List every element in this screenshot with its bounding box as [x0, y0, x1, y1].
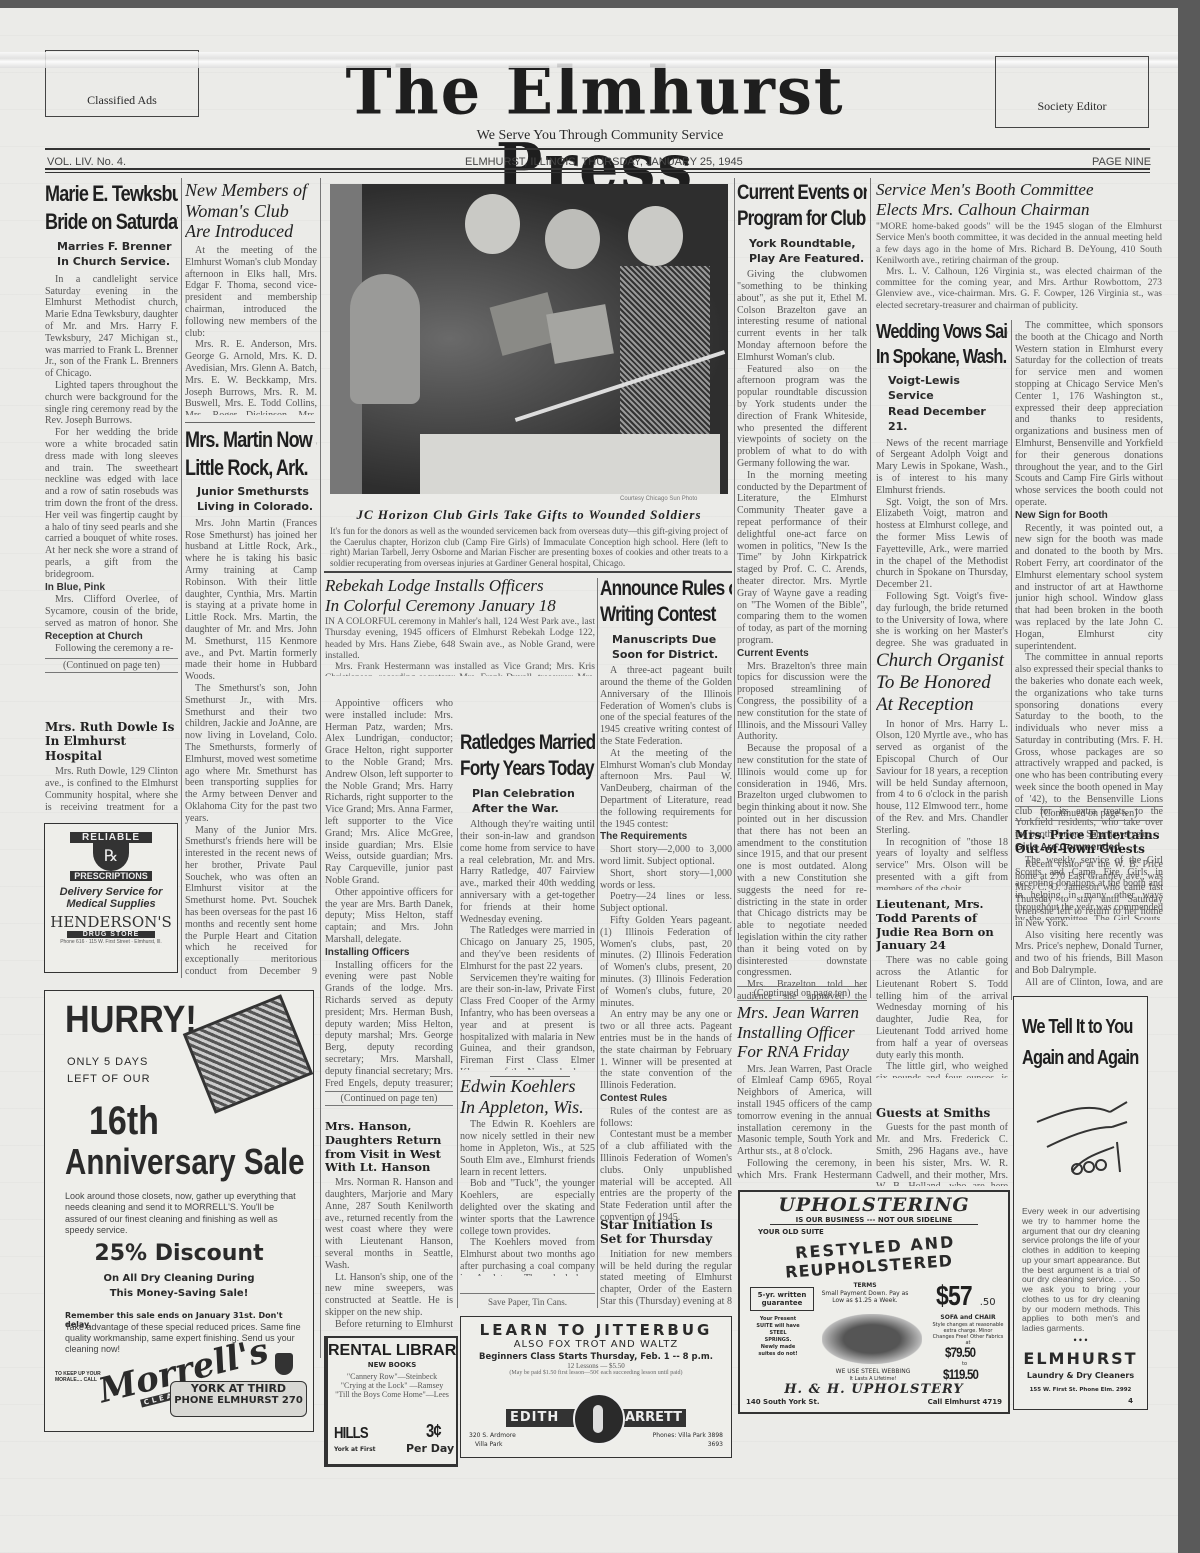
- book-title: "Cannery Row"—Steinbeck: [328, 1372, 456, 1381]
- price-cents: .50: [980, 1297, 996, 1308]
- paragraph: A three-act pageant built around the the…: [600, 665, 732, 748]
- subhead: Current Events: [737, 648, 867, 660]
- photo-caption: It's fun for the donors as well as the w…: [330, 526, 728, 568]
- paragraph: For her wedding the bride wore a white b…: [45, 427, 178, 580]
- ad-discount: 25% Discount: [45, 1241, 313, 1266]
- deck: Manuscripts Due: [612, 632, 732, 647]
- masthead-rule-bottom: [45, 168, 1150, 170]
- ad-terms: Small Payment Down. Pay as Low as $1.25 …: [820, 1290, 910, 1304]
- continued-link[interactable]: (Continued on page ten): [325, 1091, 453, 1106]
- ad-price: $119.50: [943, 1366, 978, 1384]
- rx-icon: ℞: [93, 843, 129, 871]
- ad-store-name: HENDERSON'S: [45, 913, 177, 931]
- paragraph: Mrs. John Martin (Frances Rose Smethurst…: [185, 518, 317, 683]
- ad-headline: We Tell It to You: [1022, 1015, 1125, 1040]
- photo-figure-soldier: [350, 274, 420, 404]
- column-rule: [870, 178, 871, 998]
- article-rebekah: Rebekah Lodge Installs Officers In Color…: [325, 576, 595, 676]
- headline: New Members of: [185, 180, 317, 201]
- paragraph: Servicemen they're waiting for are their…: [460, 973, 595, 1070]
- ad-address: 320 S. Ardmore: [469, 1432, 516, 1439]
- paragraph: Mrs. Brazelton's three main topics for d…: [737, 661, 867, 744]
- paragraph: Sgt. Voigt, the son of Mrs. Elizabeth Vo…: [876, 497, 1008, 591]
- deck: Soon for District.: [612, 647, 732, 662]
- column-rule: [597, 578, 598, 1308]
- paragraph: Lighted tapers throughout the church wer…: [45, 380, 178, 427]
- ad-morrells: HURRY! ONLY 5 DAYS LEFT OF OUR 16th Anni…: [44, 990, 314, 1432]
- article-writing-contest: Announce Rules of Writing Contest Manusc…: [600, 576, 732, 1226]
- article-rebekah-cont: Appointive officers who were installed i…: [325, 698, 453, 1088]
- headline: Installing Officer: [737, 1023, 872, 1043]
- left-ear-label: Classified Ads: [46, 93, 198, 108]
- ad-store: HILLS: [334, 1424, 368, 1444]
- paragraph: Mrs. Ruth Dowle, 129 Clinton ave., is co…: [45, 766, 178, 810]
- headline: Guests at Smiths: [876, 1106, 1008, 1120]
- headline: Mrs. Martin Now at: [185, 426, 293, 454]
- paragraph: Mrs. L. V. Calhoun, 126 Virginia st., wa…: [876, 267, 1162, 312]
- headline: Woman's Club: [185, 201, 317, 222]
- ad-sub: NEW BOOKS: [328, 1361, 456, 1369]
- ad-phone: Call Elmhurst 4719: [928, 1398, 1002, 1406]
- headline: In Elmhurst Hospital: [45, 734, 178, 763]
- article-price: Mrs. Price Entertains Out-of-Town Guests…: [1015, 828, 1163, 988]
- column-rule: [734, 178, 735, 998]
- ad-phone: Phones: Villa Park 3898: [653, 1432, 723, 1439]
- photo-figure-woman: [545, 209, 600, 269]
- ad-tagline: IS OUR BUSINESS --- NOT OUR SIDELINE: [770, 1216, 978, 1225]
- headline: Forty Years Today: [460, 756, 571, 782]
- subhead: The Requirements: [600, 831, 732, 843]
- continued-link[interactable]: (Continued on page ten): [45, 658, 178, 673]
- ad-style-notes: Style changes at reasonable extra charge…: [932, 1322, 1004, 1346]
- article-koehlers: Edwin Koehlers In Appleton, Wis. The Edw…: [460, 1076, 595, 1276]
- page-number: PAGE NINE: [1092, 156, 1151, 168]
- paragraph: The Edwin R. Koehlers are now nicely set…: [460, 1119, 595, 1178]
- headline: At Reception: [876, 694, 1008, 716]
- headline: Church Organist: [876, 650, 1008, 672]
- sofa-illustration: [822, 1314, 922, 1364]
- ad-badge-bottom: PRESCRIPTIONS: [70, 871, 152, 881]
- headline: Lieutenant, Mrs. Todd Parents of Judie R…: [876, 898, 1008, 953]
- ad-body: Every week in our advertising we try to …: [1022, 1207, 1140, 1334]
- article-warren: Mrs. Jean Warren Installing Officer For …: [737, 1003, 872, 1183]
- deck: Voigt-Lewis Service: [888, 373, 1008, 404]
- ad-headline: HURRY!: [65, 999, 197, 1042]
- paragraph: In honor of Mrs. Harry L. Olson, 120 Myr…: [876, 719, 1008, 837]
- paragraph: There was no cable going across the Atla…: [876, 955, 1008, 1061]
- ad-text: LEFT OF OUR: [67, 1073, 151, 1085]
- article-ratledges: Ratledges Married Forty Years Today Plan…: [460, 730, 595, 1070]
- newspaper-page: Classified Ads The Elmhurst Press Societ…: [0, 8, 1178, 1553]
- article-martin: Mrs. Martin Now at Little Rock, Ark. Jun…: [185, 426, 317, 978]
- ad-badge-top: RELIABLE: [70, 832, 152, 843]
- ad-webbing: WE USE STEEL WEBBING: [808, 1368, 938, 1375]
- paragraph: IN A COLORFUL ceremony in Mahler's hall,…: [325, 617, 595, 662]
- headline: Little Rock, Ark.: [185, 454, 293, 482]
- headline: Star Initiation Is: [600, 1218, 732, 1232]
- article-current-events: Current Events on Program for Club York …: [737, 180, 867, 1000]
- ad-hendersons: RELIABLE ℞ PRESCRIPTIONS Delivery Servic…: [44, 823, 178, 973]
- paragraph: Following Sgt. Voigt's five-day furlough…: [876, 591, 1008, 650]
- paragraph: Appointive officers who were installed i…: [325, 698, 453, 887]
- ad-address: 140 South York St.: [746, 1398, 819, 1406]
- ad-per-day: Per Day: [406, 1442, 454, 1455]
- ad-name-left: EDITH: [510, 1410, 559, 1425]
- ad-elmhurst-laundry: We Tell It to You Again and Again Every …: [1013, 996, 1148, 1410]
- ad-address: 155 W. First St. Phone Elm. 2992: [1014, 1387, 1147, 1393]
- deck: York Roundtable,: [749, 236, 867, 251]
- column-rule: [457, 828, 458, 1308]
- paragraph: Following the ceremony, in which Mrs. Fr…: [737, 1158, 872, 1183]
- photo-figure-woman: [465, 194, 520, 254]
- article-service-booth: Service Men's Booth Committee Elects Mrs…: [876, 180, 1162, 320]
- ad-address: Villa Park: [475, 1441, 503, 1448]
- ad-name: ELMHURST: [1014, 1349, 1147, 1368]
- ad-title: RENTAL LIBRARY: [328, 1341, 456, 1361]
- right-ear-box: Society Editor: [995, 56, 1149, 128]
- headline: Edwin Koehlers: [460, 1076, 595, 1097]
- volume-number: VOL. LIV. No. 4.: [47, 156, 126, 168]
- paragraph: In recognition of "those 18 years of loy…: [876, 837, 1008, 891]
- headline: Bride on Saturday: [45, 208, 154, 236]
- masthead-rule-top: [45, 148, 1150, 150]
- paragraph: Poetry—24 lines or less. Subject optiona…: [600, 891, 732, 915]
- book-title: "Crying at the Lock" —Ramsey: [328, 1381, 456, 1390]
- article-tewksbury: Marie E. Tewksbury Bride on Saturday Mar…: [45, 180, 178, 630]
- ad-big-text: 16th: [89, 1099, 159, 1144]
- paragraph: Many of the Junior Mrs. Smethurst's frie…: [185, 825, 317, 979]
- paragraph: In a candlelight service Saturday evenin…: [45, 274, 178, 380]
- ad-address: YORK AT THIRD: [171, 1382, 306, 1395]
- ad-dots: • • •: [1014, 1335, 1147, 1345]
- paragraph: Mrs. Clifford Overlee, of Sycamore, cous…: [45, 594, 178, 630]
- ad-phone: PHONE ELMHURST 270: [171, 1395, 306, 1406]
- headline: Ratledges Married: [460, 730, 571, 756]
- headline: Writing Contest: [600, 602, 708, 628]
- ad-text: This Money-Saving Sale!: [45, 1288, 313, 1299]
- paragraph: At the meeting of the Elmhurst Woman's c…: [185, 245, 317, 339]
- photo-gift-box: [546, 304, 614, 364]
- dateline: ELMHURST, ILLINOIS, THURSDAY, JANUARY 25…: [465, 156, 743, 168]
- ad-text: ONLY 5 DAYS: [67, 1056, 148, 1068]
- headline: To Be Honored: [876, 672, 1008, 694]
- ad-class: Beginners Class Starts Thursday, Feb. 1 …: [461, 1352, 731, 1362]
- deck: In Church Service.: [57, 254, 178, 269]
- ad-illustration-closet: [183, 994, 313, 1113]
- headline: Service Men's Booth Committee: [876, 180, 1162, 200]
- ad-title: LEARN TO JITTERBUG: [461, 1321, 731, 1339]
- column-rule: [1011, 320, 1012, 1000]
- subhead: Contest Rules: [600, 1093, 732, 1105]
- subhead: In Blue, Pink: [45, 582, 178, 594]
- paragraph: Rules of the contest are as follows:: [600, 1106, 732, 1130]
- ad-title: UPHOLSTERING: [740, 1194, 1008, 1216]
- headline: In Colorful Ceremony January 18: [325, 596, 595, 616]
- headline: Elects Mrs. Calhoun Chairman: [876, 200, 1162, 220]
- paragraph: At the meeting of the Elmhurst Woman's c…: [600, 748, 732, 831]
- article-organist: Church Organist To Be Honored At Recepti…: [876, 650, 1008, 890]
- paragraph: The Koehlers moved from Elmhurst about t…: [460, 1237, 595, 1276]
- paragraph: Short, short story—1,000 words or less.: [600, 868, 732, 892]
- headline: Rebekah Lodge Installs Officers: [325, 576, 595, 596]
- ad-big-text: Anniversary Sale: [65, 1141, 305, 1183]
- paragraph: Featured also on the afternoon program w…: [737, 364, 867, 470]
- deck: Junior Smethursts: [197, 484, 317, 499]
- headline: Mrs. Hanson, Daughters Return from Visit…: [325, 1120, 453, 1175]
- shield-icon: [275, 1353, 293, 1375]
- paragraph: Before returning to Elmhurst Mrs. Hanson…: [325, 1319, 453, 1330]
- divider: [185, 422, 315, 423]
- paragraph: All are of Clinton, Iowa, and are now wo…: [1015, 977, 1163, 988]
- paragraph: In the morning meeting conducted by the …: [737, 470, 867, 647]
- ad-springs: Your Present SUITE will have STEEL SPRIN…: [756, 1316, 800, 1358]
- column-rule: [181, 178, 182, 978]
- paragraph: Giving the clubwomen "something to be th…: [737, 269, 867, 363]
- dancer-icon: [573, 1393, 625, 1445]
- paragraph: Installing officers for the evening were…: [325, 960, 453, 1088]
- news-photo: [330, 184, 728, 494]
- column-rule: [320, 178, 321, 1358]
- paragraph: Guests for the past month of Mr. and Mrs…: [876, 1122, 1008, 1186]
- paragraph: The Smethurst's son, John Smethurst Jr.,…: [185, 683, 317, 825]
- ad-address-box: YORK AT THIRD PHONE ELMHURST 270: [170, 1381, 307, 1417]
- deck: Play Are Featured.: [749, 251, 867, 266]
- headline: Current Events on: [737, 180, 844, 206]
- paragraph: Mrs. R. E. Anderson, Mrs. George G. Arno…: [185, 339, 317, 415]
- deck: Living in Colorado.: [197, 499, 317, 514]
- article-smiths: Guests at Smiths Guests for the past mon…: [876, 1106, 1008, 1186]
- photo-credit: Courtesy Chicago Sun Photo: [620, 496, 697, 502]
- continued-link[interactable]: (Continued on page ten): [1015, 806, 1163, 821]
- paragraph: An entry may be any one or two or all th…: [600, 1009, 732, 1092]
- ad-price: 3¢: [426, 1420, 441, 1443]
- paragraph: Also visiting here recently was Mrs. Pri…: [1015, 930, 1163, 977]
- ad-jitterbug: LEARN TO JITTERBUG ALSO FOX TROT AND WAL…: [460, 1316, 732, 1458]
- subhead: New Sign for Booth: [1015, 510, 1163, 522]
- paragraph: News of the recent marriage of Sergeant …: [876, 438, 1008, 497]
- article-dowle: Mrs. Ruth Dowle Is In Elmhurst Hospital …: [45, 720, 178, 810]
- deck: Marries F. Brenner: [57, 239, 178, 254]
- price-dollars: $57: [936, 1278, 972, 1313]
- deck: After the War.: [472, 801, 595, 816]
- ad-line: Medical Supplies: [45, 898, 177, 910]
- article-voigt: Wedding Vows Said In Spokane, Wash. Voig…: [876, 320, 1008, 650]
- deck: Plan Celebration: [472, 786, 595, 801]
- paragraph: Because the proposal of a new constituti…: [737, 743, 867, 979]
- headline: In Spokane, Wash.: [876, 345, 984, 370]
- headline: Out-of-Town Guests: [1015, 842, 1163, 856]
- headline: Set for Thursday: [600, 1232, 732, 1246]
- ad-sub: ALSO FOX TROT AND WALTZ: [461, 1339, 731, 1350]
- paragraph: The little girl, who weighed six pounds …: [876, 1061, 1008, 1078]
- paragraph: Mrs. Frank Hestermann was installed as V…: [325, 662, 595, 676]
- article-womans-club: New Members of Woman's Club Are Introduc…: [185, 180, 317, 415]
- ad-guarantee: 5-yr. written guarantee: [750, 1287, 814, 1311]
- subhead: Reception at Church: [45, 631, 178, 642]
- article-star: Star Initiation Is Set for Thursday Init…: [600, 1218, 732, 1308]
- paragraph: Recent visitor at the W. B. Price home a…: [1015, 859, 1163, 930]
- photo-caption-title: JC Horizon Club Girls Take Gifts to Woun…: [330, 508, 728, 523]
- headline: Announce Rules of: [600, 576, 708, 602]
- continued-link[interactable]: (Continued on page ten): [737, 986, 867, 1001]
- photo-checked-dress: [620, 266, 710, 446]
- ad-terms: (May be paid $1.50 first lesson—50¢ each…: [461, 1370, 731, 1376]
- ad-terms-title: TERMS: [820, 1282, 910, 1289]
- ad-store-sub: DRUG STORE: [67, 931, 155, 938]
- deck: Read December 21.: [888, 404, 1008, 435]
- headline: Are Introduced: [185, 221, 317, 242]
- paragraph: Although they're waiting until their son…: [460, 819, 595, 925]
- subhead: Installing Officers: [325, 947, 453, 959]
- paragraph: Following the ceremony a re-: [45, 643, 178, 655]
- paragraph: Recently, it was pointed out, a new sign…: [1015, 523, 1163, 653]
- ad-company: H. & H. UPHOLSTERY: [740, 1382, 1008, 1397]
- ad-price: $79.50: [945, 1344, 975, 1362]
- right-ear-label: Society Editor: [996, 99, 1148, 114]
- ad-price-main: $57.50: [936, 1278, 996, 1313]
- filler-text: Save Paper, Tin Cans.: [460, 1293, 595, 1307]
- paragraph: Lt. Hanson's ship, one of the new mine s…: [325, 1272, 453, 1319]
- headline: Mrs. Jean Warren: [737, 1003, 872, 1023]
- paragraph: Mrs. Jean Warren, Past Oracle of Elmleaf…: [737, 1064, 872, 1158]
- paragraph: Initiation for new members will be held …: [600, 1249, 732, 1308]
- paragraph: The committee, which sponsors the booth …: [1015, 320, 1163, 509]
- headline: Mrs. Price Entertains: [1015, 828, 1163, 842]
- headline: Marie E. Tewksbury: [45, 180, 154, 208]
- ad-text: On All Dry Cleaning During: [45, 1273, 313, 1284]
- hand-hammer-icon: [1032, 1097, 1132, 1192]
- paragraph: Other appointive officers for the year a…: [325, 887, 453, 946]
- ad-upholstery: UPHOLSTERING IS OUR BUSINESS --- NOT OUR…: [738, 1190, 1010, 1414]
- paragraph: Mrs. Norman R. Hanson and daughters, Mar…: [325, 1177, 453, 1271]
- article-hanson: Mrs. Hanson, Daughters Return from Visit…: [325, 1120, 453, 1330]
- paragraph: Contestant must be a member of a club af…: [600, 1129, 732, 1223]
- masthead-rule-bottom-2: [45, 172, 1150, 173]
- ad-store-address: York at First: [334, 1446, 376, 1453]
- ad-phone: 3693: [708, 1441, 723, 1448]
- ad-mark: 4: [1128, 1397, 1133, 1405]
- paragraph: Bob and "Tuck", the younger Koehlers, ar…: [460, 1178, 595, 1237]
- ad-headline: Again and Again: [1022, 1046, 1125, 1071]
- paragraph: Fifty Golden Years pageant. (1) Illinois…: [600, 915, 732, 1009]
- masthead-motto: We Serve You Through Community Service: [360, 128, 840, 144]
- ad-sub: Laundry & Dry Cleaners: [1014, 1371, 1147, 1380]
- headline: In Appleton, Wis.: [460, 1097, 595, 1118]
- photo-bed: [420, 434, 720, 494]
- ad-rental-library: RENTAL LIBRARY NEW BOOKS "Cannery Row"—S…: [324, 1336, 458, 1467]
- book-title: "Till the Boys Come Home"—Lees: [328, 1390, 456, 1399]
- ad-intro: Look around those closets, now, gather u…: [65, 1191, 301, 1236]
- ad-sofa: SOFA and CHAIR: [930, 1314, 1006, 1321]
- divider: [324, 571, 732, 573]
- paragraph: Short story—2,000 to 3,000 word limit. S…: [600, 844, 732, 868]
- paragraph: "MORE home-baked goods" will be the 1945…: [876, 222, 1162, 267]
- headline: Wedding Vows Said: [876, 320, 984, 345]
- ad-line: Delivery Service for: [45, 886, 177, 898]
- headline: Program for Club: [737, 206, 844, 232]
- dancer-figure: [593, 1405, 603, 1433]
- ad-lessons: 12 Lessons — $5.50: [461, 1362, 731, 1370]
- article-todd: Lieutenant, Mrs. Todd Parents of Judie R…: [876, 898, 1008, 1078]
- headline: For RNA Friday: [737, 1042, 872, 1062]
- photo-figure-woman: [628, 206, 683, 266]
- ad-store-address: Phone 616 · 115 W. First Street · Elmhur…: [45, 939, 177, 945]
- paragraph: The Ratledges were married in Chicago on…: [460, 925, 595, 972]
- headline: Mrs. Ruth Dowle Is: [45, 720, 178, 734]
- article-tewksbury-end: Reception at Church Following the ceremo…: [45, 630, 178, 700]
